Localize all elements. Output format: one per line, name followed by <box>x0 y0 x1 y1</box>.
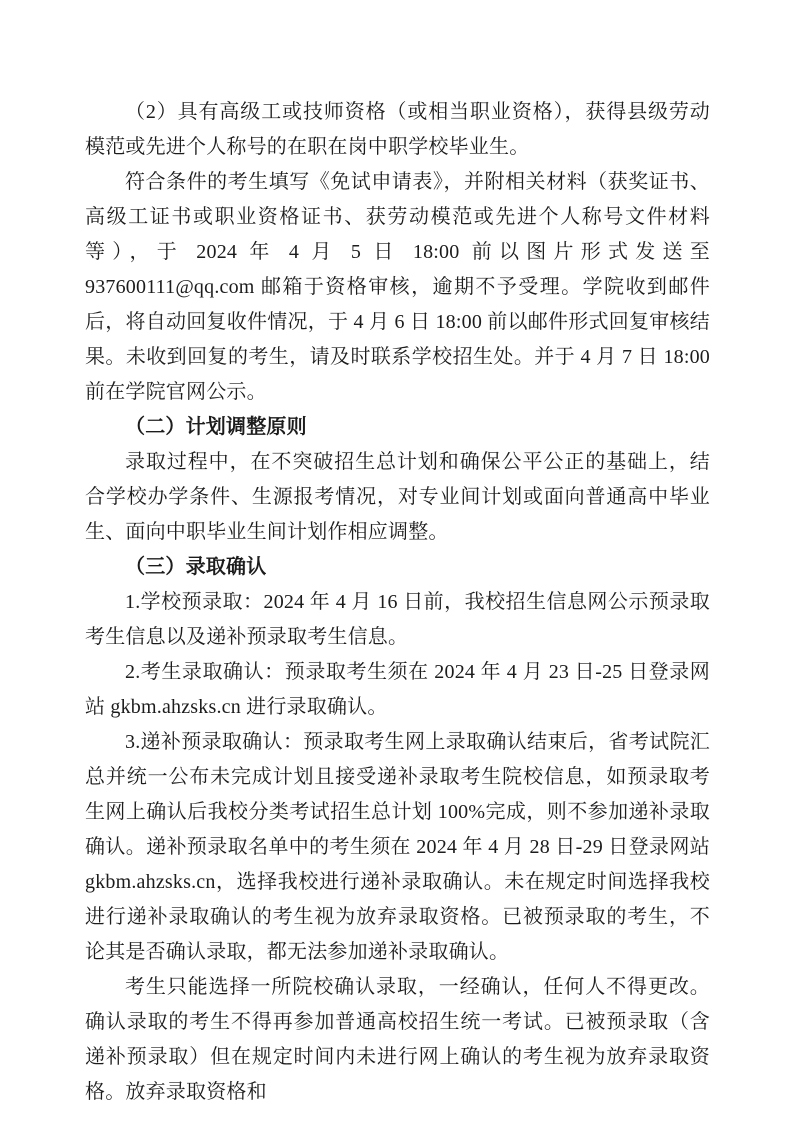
paragraph: 3.递补预录取确认：预录取考生网上录取确认结束后，省考试院汇总并统一公布未完成计… <box>85 725 710 970</box>
document-page: （2）具有高级工或技师资格（或相当职业资格），获得县级劳动模范或先进个人称号的在… <box>0 0 793 1122</box>
paragraph: （2）具有高级工或技师资格（或相当职业资格），获得县级劳动模范或先进个人称号的在… <box>85 95 710 165</box>
paragraph: 1.学校预录取：2024 年 4 月 16 日前，我校招生信息网公示预录取考生信… <box>85 585 710 655</box>
paragraph: 录取过程中，在不突破招生总计划和确保公平公正的基础上，结合学校办学条件、生源报考… <box>85 445 710 550</box>
section-heading: （三）录取确认 <box>85 550 710 585</box>
section-heading: （二）计划调整原则 <box>85 410 710 445</box>
paragraph: 考生只能选择一所院校确认录取，一经确认，任何人不得更改。确认录取的考生不得再参加… <box>85 970 710 1110</box>
document-body: （2）具有高级工或技师资格（或相当职业资格），获得县级劳动模范或先进个人称号的在… <box>85 95 710 1110</box>
paragraph: 2.考生录取确认：预录取考生须在 2024 年 4 月 23 日-25 日登录网… <box>85 655 710 725</box>
paragraph: 符合条件的考生填写《免试申请表》，并附相关材料（获奖证书、高级工证书或职业资格证… <box>85 165 710 410</box>
